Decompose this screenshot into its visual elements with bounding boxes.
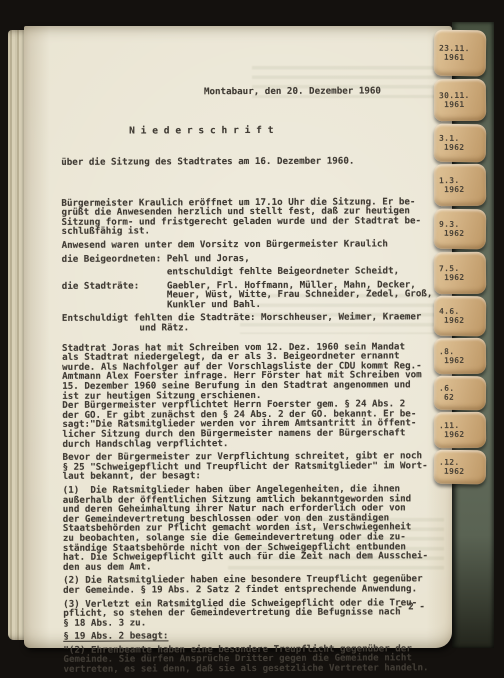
tab-date-line2: 1962 — [439, 467, 486, 477]
document-title: N i e d e r s c h r i f t — [129, 125, 445, 136]
body-line: schlußfähig ist. — [62, 225, 446, 236]
body-line: § 19 Abs. 2 besagt: — [63, 630, 447, 641]
document-content: Montabaur, den 20. Dezember 1960 N i e d… — [61, 25, 448, 649]
body-line: entschuldigt fehlte Beigeordneter Scheid… — [62, 266, 446, 277]
register-tab: 7.5.1962 — [434, 252, 486, 295]
tab-date-line2: 1961 — [439, 53, 486, 63]
body-line: laut bekannt, der besagt: — [63, 471, 447, 482]
register-tab: .12.1962 — [434, 450, 486, 485]
document-subtitle: über die Sitzung des Stadtrates am 16. D… — [61, 156, 445, 167]
body-line: § 18 Abs. 3 zu. — [63, 617, 447, 628]
body-line: vertreten, es sei denn, daß sie als gese… — [63, 663, 447, 674]
body-line: durch Handschlag verpflichtet. — [62, 438, 446, 449]
tab-date-line2: 1962 — [439, 143, 486, 153]
document-body: Bürgermeister Kraulich eröffnet um 17.1o… — [61, 197, 447, 675]
tab-date-line2: 1962 — [439, 430, 486, 439]
register-tab: 1.3.1962 — [434, 164, 486, 207]
document-page: Montabaur, den 20. Dezember 1960 N i e d… — [24, 26, 452, 648]
tab-date-line1: .11. — [439, 421, 486, 430]
tab-date-line1: 1.3. — [439, 176, 486, 185]
tab-date-line2: 1962 — [439, 229, 486, 239]
register-tab: .8.1962 — [434, 338, 486, 375]
register-tab: .11.1962 — [434, 412, 486, 449]
register-tab: 23.11.1961 — [434, 30, 487, 77]
body-line: Kunkler und Bahl. — [62, 299, 446, 310]
tab-date-line2: 62 — [439, 393, 486, 403]
tab-date-line1: 30.11. — [439, 91, 486, 100]
body-line: den aus dem Amt. — [63, 561, 447, 572]
tab-date-line1: 7.5. — [439, 264, 486, 273]
body-line: Anwesend waren unter dem Vorsitz von Bür… — [62, 239, 446, 250]
tab-date-line2: 1962 — [439, 185, 486, 194]
register-tab: 30.11.1961 — [434, 79, 486, 122]
body-line: die Beigeordneten: Pehl und Joras, — [62, 253, 446, 264]
scanned-book-photo: Montabaur, den 20. Dezember 1960 N i e d… — [0, 0, 504, 678]
register-tab: 4.6.1962 — [434, 296, 487, 337]
page-number: - 2 - — [397, 602, 425, 612]
register-tab: 9.3.1962 — [434, 209, 487, 250]
body-line: und Rätz. — [62, 322, 446, 333]
tab-date-line2: 1962 — [439, 316, 486, 326]
register-tab: .6.62 — [434, 376, 486, 411]
body-line: der Gemeinde. § 19 Abs. 2 Satz 2 findet … — [63, 584, 447, 595]
tab-date-line1: .8. — [439, 347, 486, 356]
register-tab: 3.1.1962 — [434, 124, 487, 163]
tab-date-line2: 1962 — [439, 356, 486, 365]
tab-date-line2: 1962 — [439, 273, 486, 282]
tab-date-line2: 1961 — [439, 100, 486, 109]
dateline: Montabaur, den 20. Dezember 1960 — [204, 86, 445, 97]
